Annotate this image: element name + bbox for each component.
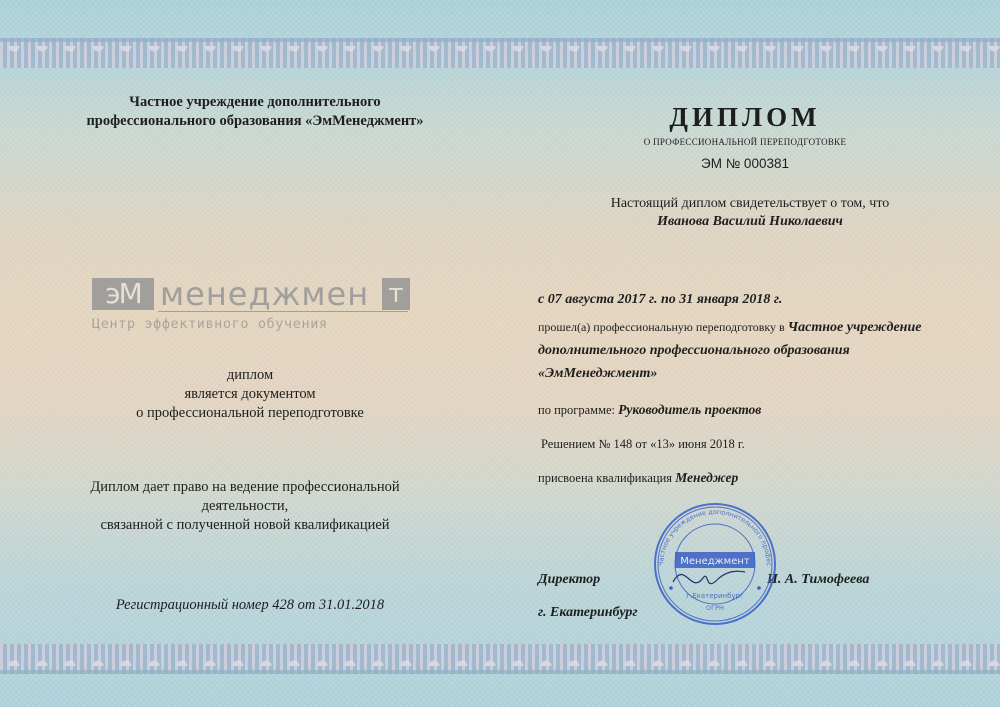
holder-full-name: Иванова Василий Николаевич [560, 214, 940, 230]
stamp-city: г.Екатеринбург [686, 592, 744, 600]
qualification-line: присвоена квалификация Менеджер [538, 470, 738, 486]
completion-prefix: прошел(а) профессиональную переподготовк… [538, 320, 788, 334]
study-period: с 07 августа 2017 г. по 31 января 2018 г… [538, 292, 782, 308]
organization-name: Частное учреждение дополнительного профе… [55, 93, 455, 131]
completion-statement: прошел(а) профессиональную переподготовк… [538, 316, 968, 385]
stamp-logo: Менеджмент [680, 556, 750, 567]
program-line: по программе: Руководитель проектов [538, 402, 761, 418]
logo-word: менеджмен [160, 276, 369, 312]
logo-tagline: Центр эффективного обучения [92, 316, 408, 332]
qualification-name: Менеджер [675, 470, 738, 485]
institution-line-3: «ЭмМенеджмент» [538, 366, 657, 381]
decision-line: Решением № 148 от «13» июня 2018 г. [541, 437, 745, 452]
registration-number: Регистрационный номер 428 от 31.01.2018 [80, 597, 420, 614]
organization-line: Частное учреждение дополнительного [55, 93, 455, 112]
description-line: о профессиональной переподготовке [100, 404, 400, 423]
director-label: Директор [538, 572, 600, 588]
top-ornamental-border [0, 38, 1000, 68]
rights-line: связанной с полученной новой квалификаци… [55, 516, 435, 535]
stamp-ogrn: ОГРН [706, 604, 724, 612]
description-line: является документом [100, 385, 400, 404]
organization-line: профессионального образования «ЭмМенеджм… [55, 112, 455, 131]
company-logo: эМ менеджмен т Центр эффективного обучен… [92, 278, 408, 334]
institution-line-1: Частное учреждение [788, 320, 922, 335]
signature [673, 571, 745, 583]
city: г. Екатеринбург [538, 605, 638, 621]
program-prefix: по программе: [538, 403, 618, 417]
document-description: диплом является документом о профессиона… [100, 366, 400, 423]
logo-last-letter: т [382, 278, 410, 310]
institution-line-2: дополнительного профессионального образо… [538, 343, 850, 358]
rights-line: Диплом дает право на ведение профессиона… [55, 478, 435, 497]
qualification-prefix: присвоена квалификация [538, 471, 675, 485]
official-stamp: Частное учреждение дополнительного профе… [645, 500, 785, 626]
rights-statement: Диплом дает право на ведение профессиона… [55, 478, 435, 535]
diploma-title: ДИПЛОМ [600, 102, 890, 132]
bottom-ornamental-border [0, 644, 1000, 674]
diploma-subtitle: О ПРОФЕССИОНАЛЬНОЙ ПЕРЕПОДГОТОВКЕ [600, 137, 890, 147]
logo-underline [158, 311, 408, 312]
rights-line: деятельности, [55, 497, 435, 516]
certifies-text: Настоящий диплом свидетельствует о том, … [560, 196, 940, 212]
logo-mark: эМ [92, 278, 154, 310]
diploma-number: ЭМ № 000381 [600, 156, 890, 171]
description-line: диплом [100, 366, 400, 385]
program-name: Руководитель проектов [618, 402, 761, 417]
